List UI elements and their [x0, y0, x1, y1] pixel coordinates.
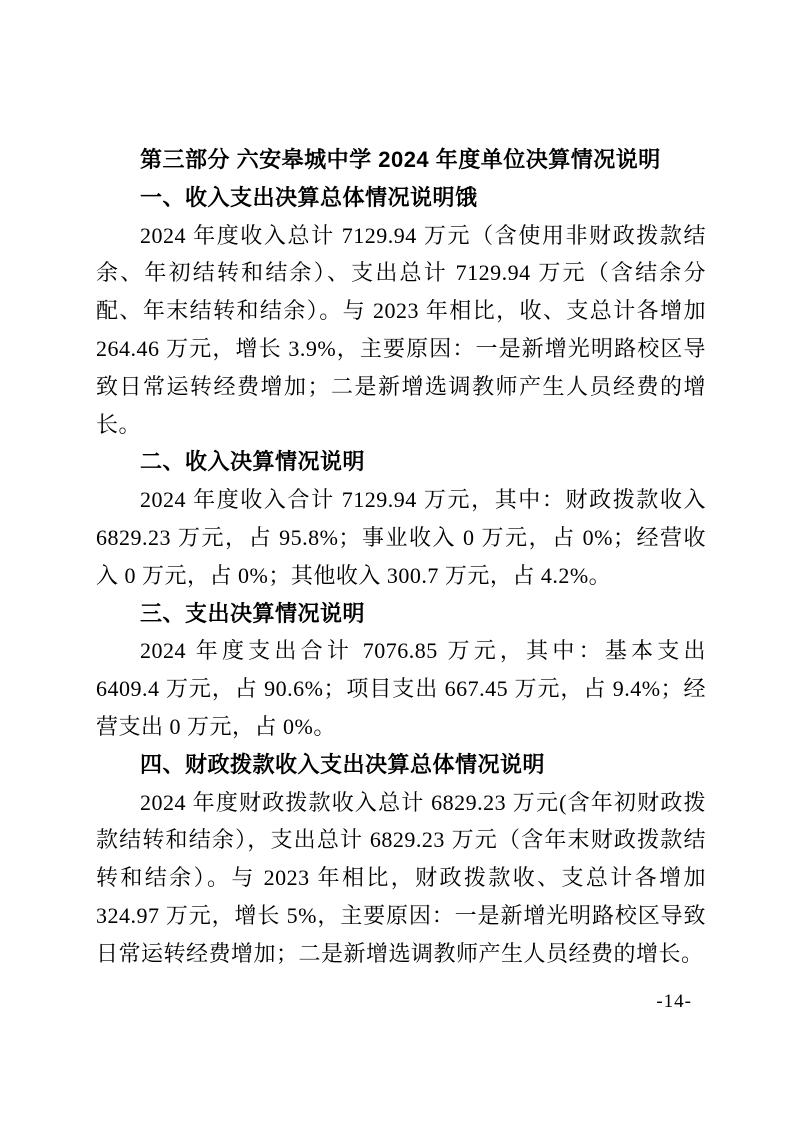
document-title: 第三部分 六安皋城中学 2024 年度单位决算情况说明 — [96, 141, 706, 179]
section-income-accounts: 二、收入决算情况说明 2024 年度收入合计 7129.94 万元，其中：财政拨… — [96, 443, 706, 594]
section-1-paragraph: 2024 年度收入总计 7129.94 万元（含使用非财政拨款结余、年初结转和结… — [96, 217, 706, 444]
section-2-paragraph: 2024 年度收入合计 7129.94 万元，其中：财政拨款收入 6829.23… — [96, 481, 706, 594]
section-1-heading: 一、收入支出决算总体情况说明饿 — [96, 179, 706, 217]
section-4-heading: 四、财政拨款收入支出决算总体情况说明 — [96, 746, 706, 784]
section-income-expenditure-overview: 一、收入支出决算总体情况说明饿 2024 年度收入总计 7129.94 万元（含… — [96, 179, 706, 444]
document-page: 第三部分 六安皋城中学 2024 年度单位决算情况说明 一、收入支出决算总体情况… — [0, 0, 793, 1122]
section-4-paragraph: 2024 年度财政拨款收入总计 6829.23 万元(含年初财政拨款结转和结余）… — [96, 784, 706, 973]
page-number: -14- — [656, 991, 692, 1013]
section-2-heading: 二、收入决算情况说明 — [96, 443, 706, 481]
section-3-paragraph: 2024 年度支出合计 7076.85 万元，其中：基本支出 6409.4 万元… — [96, 632, 706, 745]
section-fiscal-appropriation-overview: 四、财政拨款收入支出决算总体情况说明 2024 年度财政拨款收入总计 6829.… — [96, 746, 706, 973]
section-expenditure-accounts: 三、支出决算情况说明 2024 年度支出合计 7076.85 万元，其中：基本支… — [96, 595, 706, 746]
document-content: 第三部分 六安皋城中学 2024 年度单位决算情况说明 一、收入支出决算总体情况… — [96, 141, 706, 973]
section-3-heading: 三、支出决算情况说明 — [96, 595, 706, 633]
